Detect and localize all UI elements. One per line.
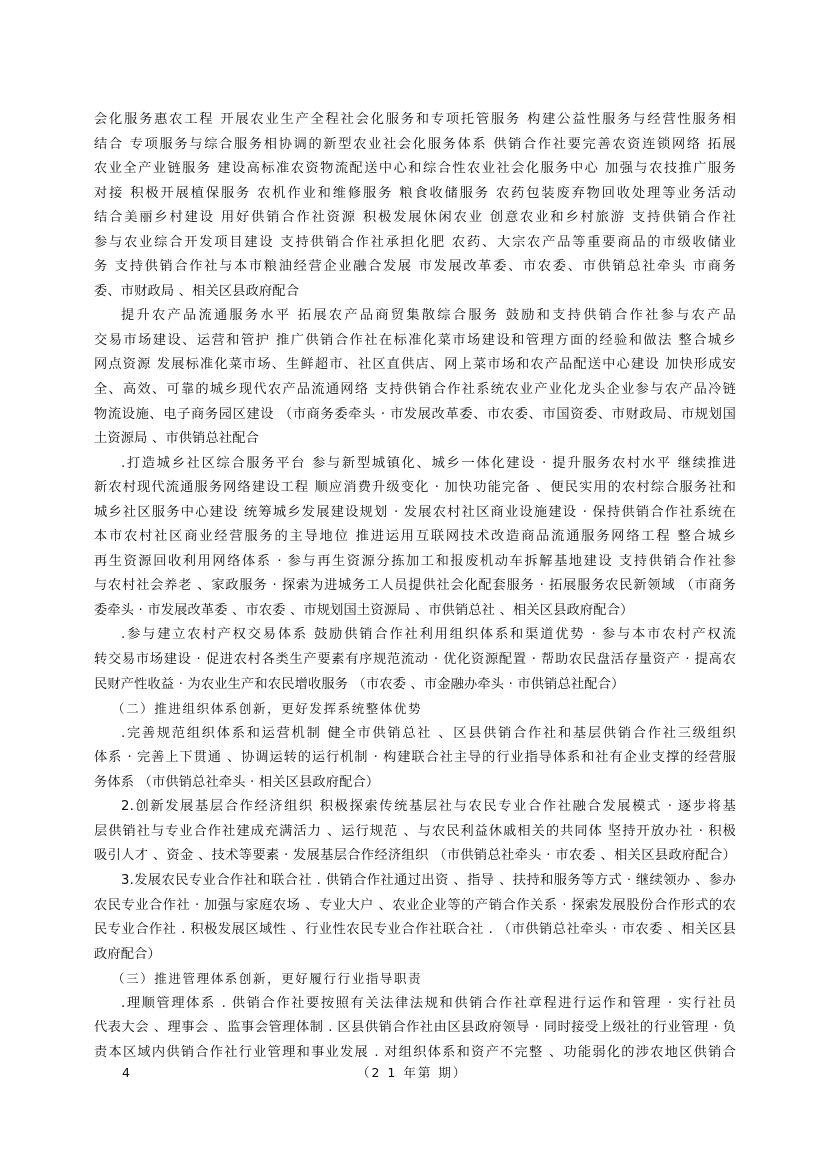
text-line: 新农村现代流通服务网络建设工程 顺应消费升级变化 · 加快功能完备 、便民实用的… (94, 476, 736, 501)
document-page: 会化服务惠农工程 开展农业生产全程社会化服务和专项托管服务 构建公益性服务与经营… (0, 0, 827, 1170)
text-line: 全、高效、可靠的城乡现代农产品流通网络 支持供销合作社系统农业产业化龙头企业参与… (94, 378, 736, 403)
text-line: 务体系 （市供销总社牵头 · 相关区县政府配合） (94, 771, 736, 796)
section-heading: （三）推进管理体系创新，更好履行行业指导职责 (94, 967, 736, 992)
text-line: 城乡社区服务中心建设 统筹城乡发展建设规划 · 发展农村社区商业设施建设 · 保… (94, 501, 736, 526)
text-line: 提升农产品流通服务水平 拓展农产品商贸集散综合服务 鼓励和支持供销合作社参与农产… (94, 304, 736, 329)
text-line: .参与建立农村产权交易体系 鼓励供销合作社利用组织体系和渠道优势 · 参与本市农… (94, 623, 736, 648)
text-line: 结合美丽乡村建设 用好供销合作社资源 积极发展休闲农业 创意农业和乡村旅游 支持… (94, 206, 736, 231)
text-line: 农业全产业链服务 建设高标准农资物流配送中心和综合性农业社会化服务中心 加强与农… (94, 157, 736, 182)
text-line: 务 支持供销合作社与本市粮油经营企业融合发展 市发展改革委、市农委、市供销总社牵… (94, 255, 736, 280)
text-line: 参与农业综合开发项目建设 支持供销合作社承担化肥 农药、大宗农产品等重要商品的市… (94, 231, 736, 256)
text-line: 委牵头 · 市发展改革委 、市农委 、市规划国土资源局 、市供销总社 、相关区县… (94, 599, 736, 624)
text-line: 网点资源 发展标准化菜市场、生鲜超市、社区直供店、网上菜市场和农产品配送中心建设… (94, 353, 736, 378)
text-line: 结合 专项服务与综合服务相协调的新型农业社会化服务体系 供销合作社要完善农资连锁… (94, 133, 736, 158)
text-line: 民财产性收益 · 为农业生产和农民增收服务 （市农委 、市金融办牵头 · 市供销… (94, 673, 736, 698)
text-line: 土资源局 、市供销总社配合 (94, 427, 736, 452)
text-line: .打造城乡社区综合服务平台 参与新型城镇化、城乡一体化建设 · 提升服务农村水平… (94, 452, 736, 477)
text-line: 对接 积极开展植保服务 农机作业和维修服务 粮食收储服务 农药包装废弃物回收处理… (94, 182, 736, 207)
text-line: 层供销社与专业合作社建成充满活力 、运行规范 、与农民利益休戚相关的共同体 坚持… (94, 820, 736, 845)
text-line: 交易市场建设、运营和管护 推广供销合作社在标准化菜市场建设和管理方面的经验和做法… (94, 329, 736, 354)
page-footer: 4 （2 1 年第 期） (0, 1062, 827, 1084)
text-line: .完善规范组织体系和运营机制 健全市供销总社 、区县供销合作社和基层供销合作社三… (94, 722, 736, 747)
text-line: 3.发展农民专业合作社和联合社 . 供销合作社通过出资 、指导 、扶持和服务等方… (94, 869, 736, 894)
text-line: 政府配合） (94, 943, 736, 968)
text-line: .理顺管理体系 . 供销合作社要按照有关法律法规和供销合作社章程进行运作和管理 … (94, 992, 736, 1017)
text-line: 与农村社会养老 、家政服务 · 探索为进城务工人员提供社会化配套服务 · 拓展服… (94, 574, 736, 599)
text-line: 转交易市场建设 · 促进农村各类生产要素有序规范流动 · 优化资源配置 · 帮助… (94, 648, 736, 673)
text-line: 代表大会 、理事会 、监事会管理体制 . 区县供销合作社由区县政府领导 · 同时… (94, 1016, 736, 1041)
issue-label: （2 1 年第 期） (357, 1062, 467, 1084)
text-line: 农民专业合作社 · 加强与家庭农场 、专业大户 、农业企业等的产销合作关系 · … (94, 894, 736, 919)
page-number: 4 (122, 1062, 130, 1084)
text-line: 委、市财政局 、相关区县政府配合 (94, 280, 736, 305)
section-heading: （二）推进组织体系创新，更好发挥系统整体优势 (94, 697, 736, 722)
text-line: 体系 · 完善上下贯通 、协调运转的运行机制 · 构建联合社主导的行业指导体系和… (94, 746, 736, 771)
text-line: 民专业合作社 . 积极发展区域性 、行业性农民专业合作社联合社 . （市供销总社… (94, 918, 736, 943)
text-line: 再生资源回收利用网络体系 · 参与再生资源分拣加工和报废机动车拆解基地建设 支持… (94, 550, 736, 575)
text-line: 本市农村社区商业经营服务的主导地位 推进运用互联网技术改造商品流通服务网络工程 … (94, 525, 736, 550)
text-line: 2.创新发展基层合作经济组织 积极探索传统基层社与农民专业合作社融合发展模式 ·… (94, 795, 736, 820)
text-line: 会化服务惠农工程 开展农业生产全程社会化服务和专项托管服务 构建公益性服务与经营… (94, 108, 736, 133)
document-body: 会化服务惠农工程 开展农业生产全程社会化服务和专项托管服务 构建公益性服务与经营… (94, 108, 736, 1065)
text-line: 吸引人才 、资金 、技术等要素 · 发展基层合作经济组织 （市供销总社牵头 · … (94, 844, 736, 869)
text-line: 物流设施、电子商务园区建设 （市商务委牵头 · 市发展改革委、市农委、市国资委、… (94, 403, 736, 428)
